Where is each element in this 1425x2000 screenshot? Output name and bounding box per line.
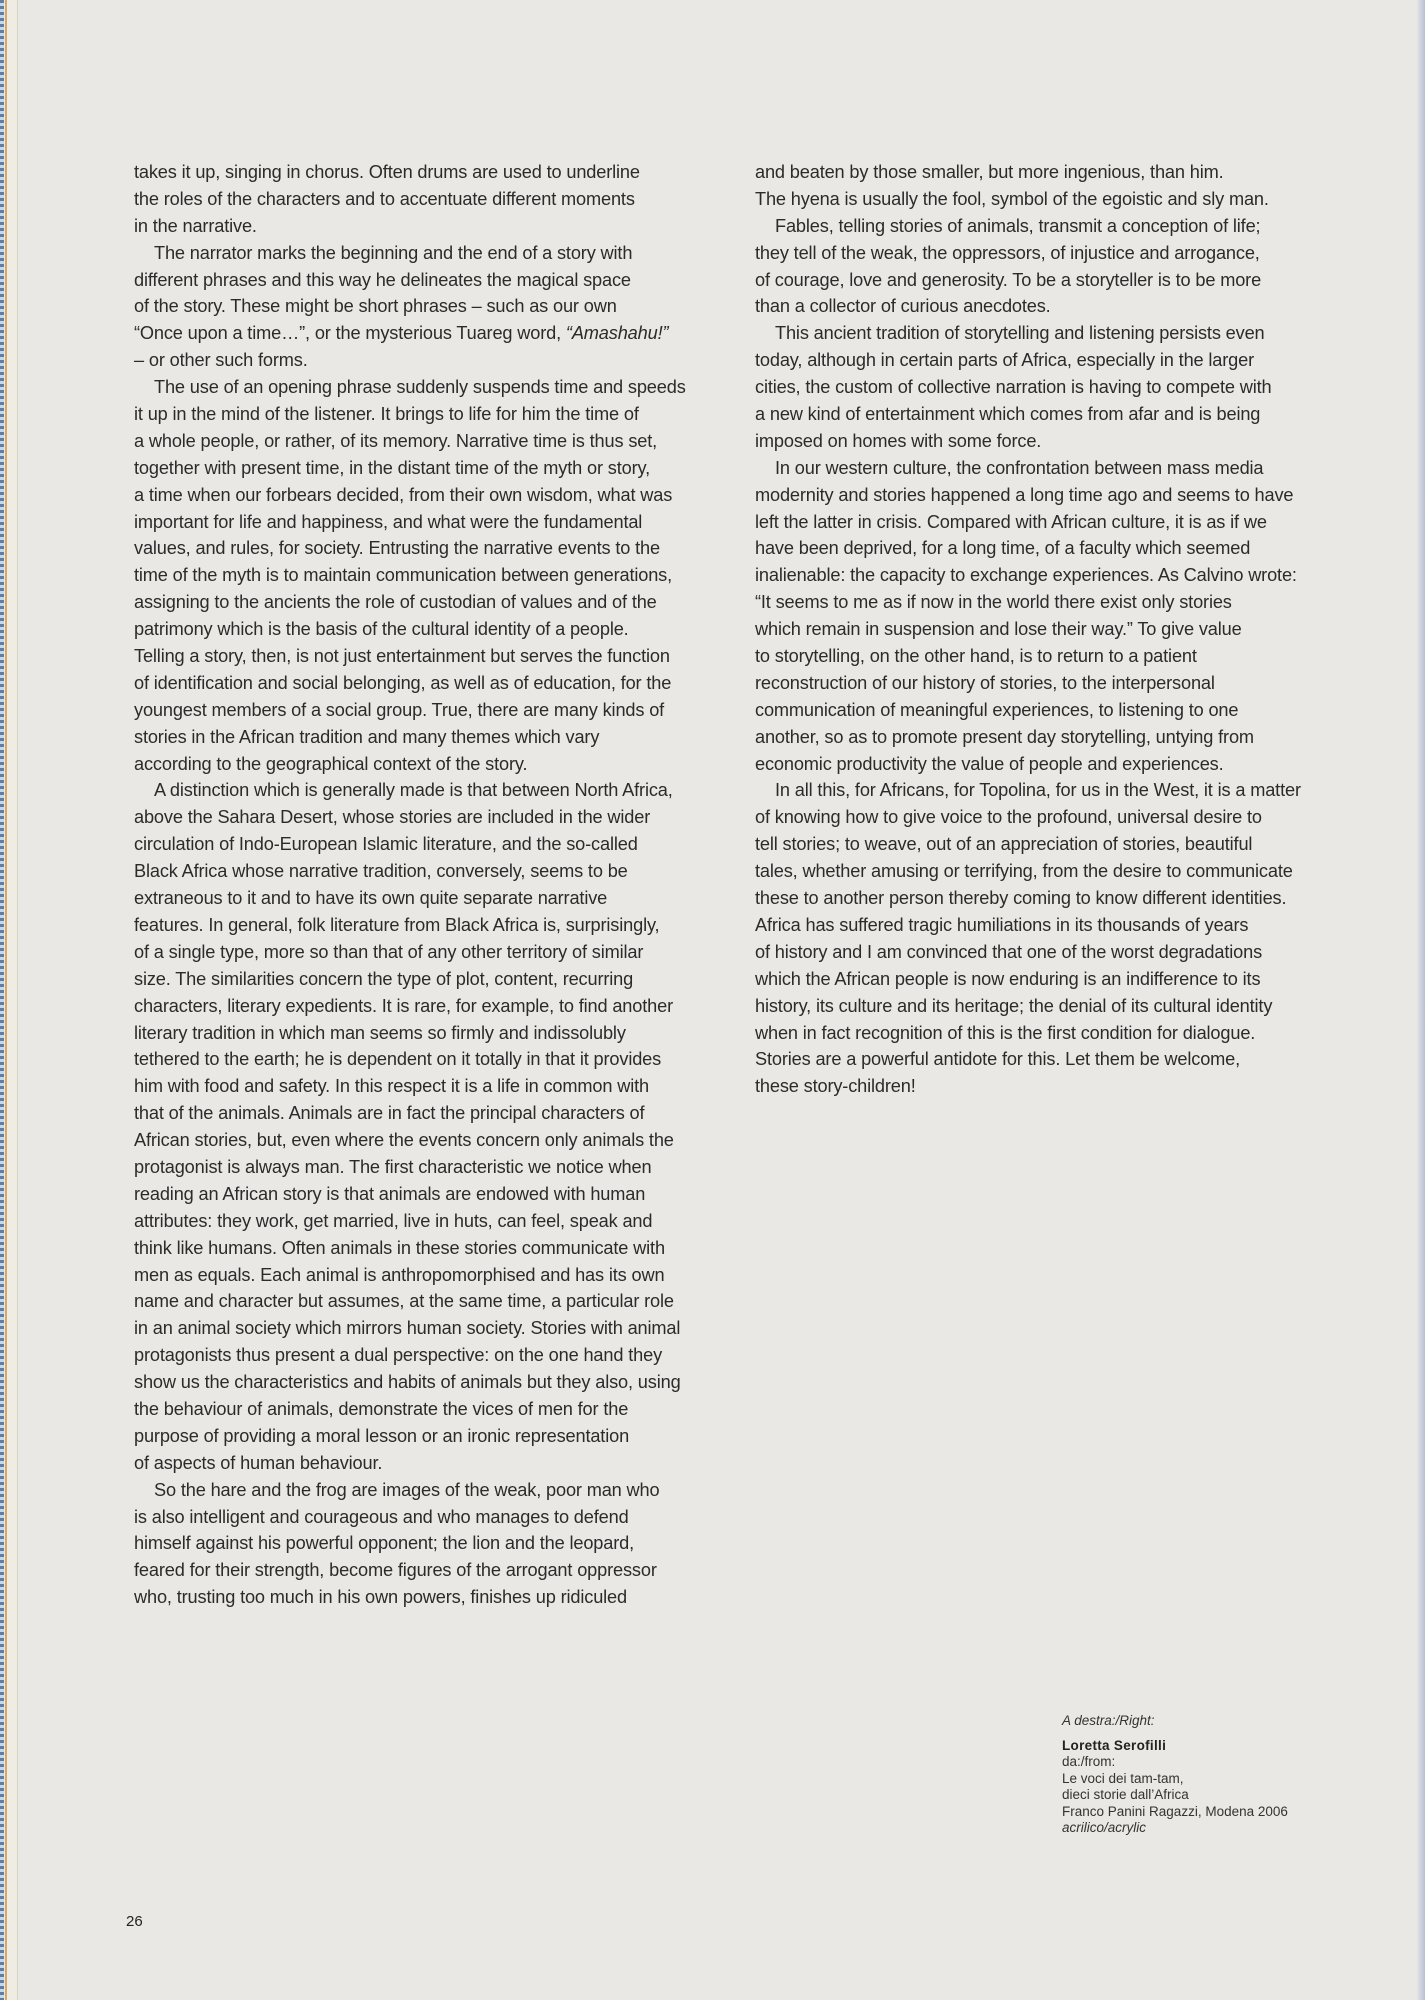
text-line-content: literary tradition in which man seems so… (134, 1023, 626, 1043)
text-line-content: circulation of Indo-European Islamic lit… (134, 834, 638, 854)
text-line-content: – or other such forms. (134, 350, 308, 370)
text-line-content: him with food and safety. In this respec… (134, 1076, 649, 1096)
text-line-content: of aspects of human behaviour. (134, 1453, 382, 1473)
text-line-content: when in fact recognition of this is the … (755, 1023, 1255, 1043)
text-line: a whole people, or rather, of its memory… (134, 428, 734, 455)
text-line-content: Africa has suffered tragic humiliations … (755, 915, 1248, 935)
text-line-content: together with present time, in the dista… (134, 458, 650, 478)
text-line-content: name and character but assumes, at the s… (134, 1291, 674, 1311)
text-line: history, its culture and its heritage; t… (755, 993, 1355, 1020)
text-line: This ancient tradition of storytelling a… (755, 320, 1355, 347)
text-line-content: a whole people, or rather, of its memory… (134, 431, 657, 451)
text-line: which remain in suspension and lose thei… (755, 616, 1355, 643)
text-line-content: time of the myth is to maintain communic… (134, 565, 672, 585)
text-line: Stories are a powerful antidote for this… (755, 1046, 1355, 1073)
text-line: think like humans. Often animals in thes… (134, 1235, 734, 1262)
text-line-content: different phrases and this way he deline… (134, 270, 631, 290)
text-line: than a collector of curious anecdotes. (755, 293, 1355, 320)
text-line: of the story. These might be short phras… (134, 293, 734, 320)
text-line-content: today, although in certain parts of Afri… (755, 350, 1254, 370)
text-line: of knowing how to give voice to the prof… (755, 804, 1355, 831)
text-line: “Once upon a time…”, or the mysterious T… (134, 320, 734, 347)
text-line: The use of an opening phrase suddenly su… (134, 374, 734, 401)
text-line: circulation of Indo-European Islamic lit… (134, 831, 734, 858)
text-line-content: the roles of the characters and to accen… (134, 189, 635, 209)
text-line-content: characters, literary expedients. It is r… (134, 996, 673, 1016)
text-line: in the narrative. (134, 213, 734, 240)
text-line-content: modernity and stories happened a long ti… (755, 485, 1293, 505)
text-line-content: left the latter in crisis. Compared with… (755, 512, 1267, 532)
text-line: these story-children! (755, 1073, 1355, 1100)
text-line-content: tethered to the earth; he is dependent o… (134, 1049, 661, 1069)
text-line-content: in an animal society which mirrors human… (134, 1318, 680, 1338)
text-line: together with present time, in the dista… (134, 455, 734, 482)
text-line: the roles of the characters and to accen… (134, 186, 734, 213)
text-line: The narrator marks the beginning and the… (134, 240, 734, 267)
text-line-content: So the hare and the frog are images of t… (154, 1480, 659, 1500)
text-line: according to the geographical context of… (134, 751, 734, 778)
text-line: assigning to the ancients the role of cu… (134, 589, 734, 616)
text-line-content: reading an African story is that animals… (134, 1184, 645, 1204)
text-line-content: himself against his powerful opponent; t… (134, 1533, 634, 1553)
text-line-content: history, its culture and its heritage; t… (755, 996, 1272, 1016)
text-line-content: important for life and happiness, and wh… (134, 512, 642, 532)
caption-publisher: Franco Panini Ragazzi, Modena 2006 (1062, 1804, 1288, 1821)
text-line: The hyena is usually the fool, symbol of… (755, 186, 1355, 213)
text-line-content: of courage, love and generosity. To be a… (755, 270, 1261, 290)
text-line-content: of the story. These might be short phras… (134, 296, 617, 316)
text-line-content: Telling a story, then, is not just enter… (134, 646, 670, 666)
text-line-content: patrimony which is the basis of the cult… (134, 619, 629, 639)
text-line: So the hare and the frog are images of t… (134, 1477, 734, 1504)
text-line-content: is also intelligent and courageous and w… (134, 1507, 629, 1527)
caption-from-label: da:/from: (1062, 1754, 1288, 1771)
text-line-content: Fables, telling stories of animals, tran… (775, 216, 1260, 236)
text-line: important for life and happiness, and wh… (134, 509, 734, 536)
text-line: of aspects of human behaviour. (134, 1450, 734, 1477)
text-line: himself against his powerful opponent; t… (134, 1530, 734, 1557)
text-line: takes it up, singing in chorus. Often dr… (134, 159, 734, 186)
text-line: above the Sahara Desert, whose stories a… (134, 804, 734, 831)
text-line: modernity and stories happened a long ti… (755, 482, 1355, 509)
page-number: 26 (126, 1913, 143, 1930)
text-line: to storytelling, on the other hand, is t… (755, 643, 1355, 670)
caption-title-line1: Le voci dei tam-tam, (1062, 1771, 1288, 1788)
text-line-content: imposed on homes with some force. (755, 431, 1041, 451)
text-line: in an animal society which mirrors human… (134, 1315, 734, 1342)
text-line: men as equals. Each animal is anthropomo… (134, 1262, 734, 1289)
text-line: characters, literary expedients. It is r… (134, 993, 734, 1020)
text-line-content: than a collector of curious anecdotes. (755, 296, 1051, 316)
text-line: reconstruction of our history of stories… (755, 670, 1355, 697)
text-line: Fables, telling stories of animals, tran… (755, 213, 1355, 240)
text-line-content: purpose of providing a moral lesson or a… (134, 1426, 629, 1446)
text-line-content: The narrator marks the beginning and the… (154, 243, 632, 263)
text-line: Black Africa whose narrative tradition, … (134, 858, 734, 885)
text-line: of identification and social belonging, … (134, 670, 734, 697)
text-line-content: feared for their strength, become figure… (134, 1560, 657, 1580)
text-line-content: “It seems to me as if now in the world t… (755, 592, 1232, 612)
text-line-content: of knowing how to give voice to the prof… (755, 807, 1262, 827)
italic-term: “Amashahu!” (566, 323, 668, 343)
text-line: imposed on homes with some force. (755, 428, 1355, 455)
text-line: a time when our forbears decided, from t… (134, 482, 734, 509)
text-line-content: who, trusting too much in his own powers… (134, 1587, 627, 1607)
text-line-content: extraneous to it and to have its own qui… (134, 888, 607, 908)
text-line: different phrases and this way he deline… (134, 267, 734, 294)
text-line: In our western culture, the confrontatio… (755, 455, 1355, 482)
text-line: time of the myth is to maintain communic… (134, 562, 734, 589)
text-line: when in fact recognition of this is the … (755, 1020, 1355, 1047)
text-line-content: This ancient tradition of storytelling a… (775, 323, 1265, 343)
text-line: of courage, love and generosity. To be a… (755, 267, 1355, 294)
text-line: features. In general, folk literature fr… (134, 912, 734, 939)
text-line-content: show us the characteristics and habits o… (134, 1372, 681, 1392)
text-line: the behaviour of animals, demonstrate th… (134, 1396, 734, 1423)
text-line-content: size. The similarities concern the type … (134, 969, 633, 989)
text-line-content: the behaviour of animals, demonstrate th… (134, 1399, 628, 1419)
image-caption: A destra:/Right: Loretta Serofilli da:/f… (1062, 1713, 1288, 1837)
text-line: who, trusting too much in his own powers… (134, 1584, 734, 1611)
text-line: and beaten by those smaller, but more in… (755, 159, 1355, 186)
text-line: him with food and safety. In this respec… (134, 1073, 734, 1100)
text-line-content: features. In general, folk literature fr… (134, 915, 659, 935)
text-line-content: A distinction which is generally made is… (154, 780, 673, 800)
text-line: tales, whether amusing or terrifying, fr… (755, 858, 1355, 885)
text-line-content: of a single type, more so than that of a… (134, 942, 643, 962)
text-line: Telling a story, then, is not just enter… (134, 643, 734, 670)
text-line-content: cities, the custom of collective narrati… (755, 377, 1271, 397)
text-line: purpose of providing a moral lesson or a… (134, 1423, 734, 1450)
text-line: Africa has suffered tragic humiliations … (755, 912, 1355, 939)
text-line-content: according to the geographical context of… (134, 754, 527, 774)
text-line: “It seems to me as if now in the world t… (755, 589, 1355, 616)
text-line: attributes: they work, get married, live… (134, 1208, 734, 1235)
text-line: which the African people is now enduring… (755, 966, 1355, 993)
text-line: stories in the African tradition and man… (134, 724, 734, 751)
text-line-content: think like humans. Often animals in thes… (134, 1238, 665, 1258)
text-line: another, so as to promote present day st… (755, 724, 1355, 751)
text-line-content: these to another person thereby coming t… (755, 888, 1286, 908)
text-line-content: a new kind of entertainment which comes … (755, 404, 1260, 424)
text-line-content: tell stories; to weave, out of an apprec… (755, 834, 1252, 854)
text-line: name and character but assumes, at the s… (134, 1288, 734, 1315)
text-line-content: another, so as to promote present day st… (755, 727, 1254, 747)
text-line-content: men as equals. Each animal is anthropomo… (134, 1265, 664, 1285)
text-line: values, and rules, for society. Entrusti… (134, 535, 734, 562)
text-line: – or other such forms. (134, 347, 734, 374)
text-line-content: “Once upon a time…”, or the mysterious T… (134, 323, 566, 343)
text-line-content: In all this, for Africans, for Topolina,… (775, 780, 1301, 800)
caption-artist: Loretta Serofilli (1062, 1738, 1288, 1755)
text-line-content: a time when our forbears decided, from t… (134, 485, 672, 505)
scan-edge-shadow (1417, 0, 1425, 2000)
text-line-content: these story-children! (755, 1076, 916, 1096)
text-line-content: tales, whether amusing or terrifying, fr… (755, 861, 1293, 881)
text-line: inalienable: the capacity to exchange ex… (755, 562, 1355, 589)
text-line-content: in the narrative. (134, 216, 257, 236)
text-line: have been deprived, for a long time, of … (755, 535, 1355, 562)
text-line-content: assigning to the ancients the role of cu… (134, 592, 657, 612)
text-line: extraneous to it and to have its own qui… (134, 885, 734, 912)
text-line-content: which remain in suspension and lose thei… (755, 619, 1242, 639)
text-line-content: youngest members of a social group. True… (134, 700, 664, 720)
text-line-content: they tell of the weak, the oppressors, o… (755, 243, 1260, 263)
text-line-content: and beaten by those smaller, but more in… (755, 162, 1224, 182)
text-line: they tell of the weak, the oppressors, o… (755, 240, 1355, 267)
caption-title-line2: dieci storie dall’Africa (1062, 1787, 1288, 1804)
text-line-content: The hyena is usually the fool, symbol of… (755, 189, 1269, 209)
text-line-content: economic productivity the value of peopl… (755, 754, 1224, 774)
text-line: these to another person thereby coming t… (755, 885, 1355, 912)
text-line-content: that of the animals. Animals are in fact… (134, 1103, 644, 1123)
text-line: communication of meaningful experiences,… (755, 697, 1355, 724)
text-line: left the latter in crisis. Compared with… (755, 509, 1355, 536)
text-line-content: protagonists thus present a dual perspec… (134, 1345, 662, 1365)
text-line: is also intelligent and courageous and w… (134, 1504, 734, 1531)
text-line-content: which the African people is now enduring… (755, 969, 1260, 989)
text-line: it up in the mind of the listener. It br… (134, 401, 734, 428)
text-line: a new kind of entertainment which comes … (755, 401, 1355, 428)
caption-heading: A destra:/Right: (1062, 1713, 1288, 1730)
text-line: cities, the custom of collective narrati… (755, 374, 1355, 401)
text-line: literary tradition in which man seems so… (134, 1020, 734, 1047)
text-line-content: of history and I am convinced that one o… (755, 942, 1262, 962)
text-line: protagonist is always man. The first cha… (134, 1154, 734, 1181)
text-line-content: to storytelling, on the other hand, is t… (755, 646, 1197, 666)
text-line: show us the characteristics and habits o… (134, 1369, 734, 1396)
text-line: economic productivity the value of peopl… (755, 751, 1355, 778)
text-line: feared for their strength, become figure… (134, 1557, 734, 1584)
text-line: tell stories; to weave, out of an apprec… (755, 831, 1355, 858)
text-line-content: In our western culture, the confrontatio… (775, 458, 1263, 478)
text-line-content: values, and rules, for society. Entrusti… (134, 538, 660, 558)
text-line: size. The similarities concern the type … (134, 966, 734, 993)
text-line-content: Stories are a powerful antidote for this… (755, 1049, 1240, 1069)
text-line-content: stories in the African tradition and man… (134, 727, 599, 747)
text-line: youngest members of a social group. True… (134, 697, 734, 724)
text-line-content: takes it up, singing in chorus. Often dr… (134, 162, 640, 182)
text-line: A distinction which is generally made is… (134, 777, 734, 804)
text-line: In all this, for Africans, for Topolina,… (755, 777, 1355, 804)
text-line-content: it up in the mind of the listener. It br… (134, 404, 639, 424)
text-line-content: communication of meaningful experiences,… (755, 700, 1238, 720)
text-line-content: have been deprived, for a long time, of … (755, 538, 1250, 558)
text-line-content: protagonist is always man. The first cha… (134, 1157, 651, 1177)
text-line: today, although in certain parts of Afri… (755, 347, 1355, 374)
text-line-content: of identification and social belonging, … (134, 673, 671, 693)
binding-edge (0, 0, 4, 2000)
text-line-content: above the Sahara Desert, whose stories a… (134, 807, 650, 827)
text-line: tethered to the earth; he is dependent o… (134, 1046, 734, 1073)
text-line: of a single type, more so than that of a… (134, 939, 734, 966)
caption-medium: acrilico/acrylic (1062, 1820, 1288, 1837)
text-line-content: African stories, but, even where the eve… (134, 1130, 674, 1150)
text-line-content: reconstruction of our history of stories… (755, 673, 1215, 693)
text-line-content: inalienable: the capacity to exchange ex… (755, 565, 1297, 585)
text-line: patrimony which is the basis of the cult… (134, 616, 734, 643)
text-column-left: takes it up, singing in chorus. Often dr… (134, 159, 734, 1611)
text-line: protagonists thus present a dual perspec… (134, 1342, 734, 1369)
text-line: that of the animals. Animals are in fact… (134, 1100, 734, 1127)
text-line: African stories, but, even where the eve… (134, 1127, 734, 1154)
text-line-content: attributes: they work, get married, live… (134, 1211, 652, 1231)
page-gutter (7, 0, 18, 2000)
text-line: reading an African story is that animals… (134, 1181, 734, 1208)
text-column-right: and beaten by those smaller, but more in… (755, 159, 1355, 1100)
text-line: of history and I am convinced that one o… (755, 939, 1355, 966)
text-line-content: The use of an opening phrase suddenly su… (154, 377, 686, 397)
text-line-content: Black Africa whose narrative tradition, … (134, 861, 628, 881)
